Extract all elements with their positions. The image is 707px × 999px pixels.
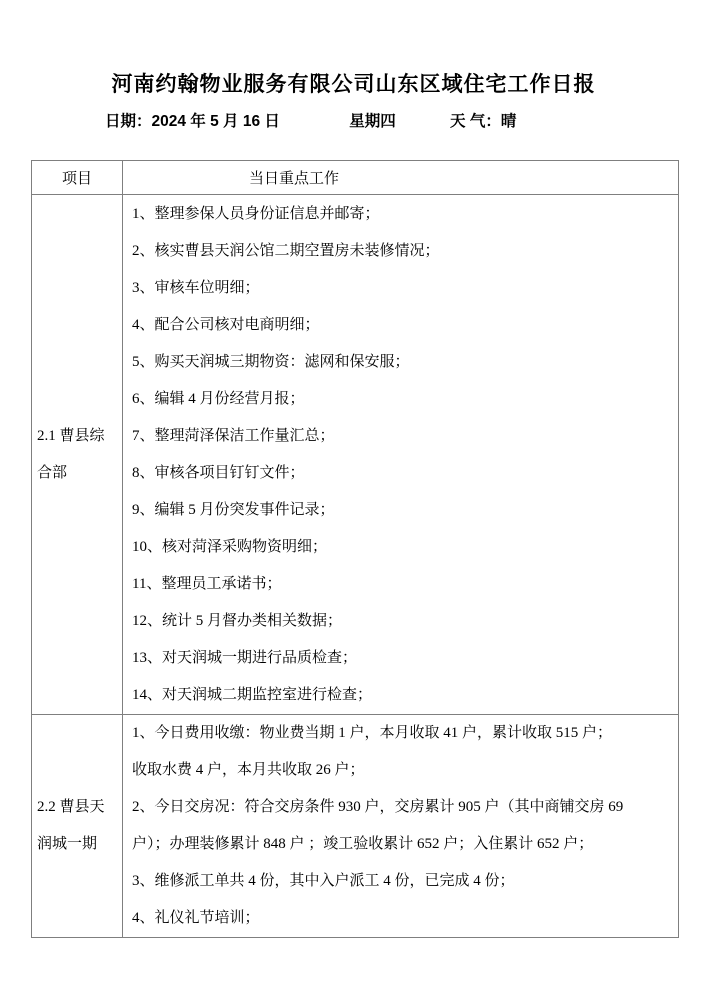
date-value: 日期：2024 年 5 月 16 日 <box>105 113 280 130</box>
task-line: 11、整理员工承诺书； <box>132 566 669 603</box>
task-line: 1、今日费用收缴：物业费当期 1 户，本月收取 41 户，累计收取 515 户； <box>132 715 669 752</box>
task-list: 1、今日费用收缴：物业费当期 1 户，本月收取 41 户，累计收取 515 户；… <box>123 715 679 938</box>
task-line: 1、整理参保人员身份证信息并邮寄； <box>132 196 669 233</box>
task-line: 6、编辑 4 月份经营月报； <box>132 381 669 418</box>
date-line: 日期：2024 年 5 月 16 日 星期四 天 气：晴 <box>105 109 516 131</box>
table-header-row: 项目 当日重点工作 <box>32 161 679 195</box>
daily-report-table: 项目 当日重点工作 2.1 曹县综合部 1、整理参保人员身份证信息并邮寄； 2、… <box>31 160 679 938</box>
project-label: 2.1 曹县综合部 <box>32 195 123 715</box>
document-page: 河南约翰物业服务有限公司山东区域住宅工作日报 日期：2024 年 5 月 16 … <box>0 0 707 999</box>
task-line: 户）；办理装修累计 848 户 ；竣工验收累计 652 户；入住累计 652 户… <box>132 826 669 863</box>
task-list: 1、整理参保人员身份证信息并邮寄； 2、核实曹县天润公馆二期空置房未装修情况； … <box>123 195 679 715</box>
task-line: 2、核实曹县天润公馆二期空置房未装修情况； <box>132 233 669 270</box>
task-line: 7、整理菏泽保洁工作量汇总； <box>132 418 669 455</box>
page-title: 河南约翰物业服务有限公司山东区域住宅工作日报 <box>0 68 707 98</box>
task-line: 收取水费 4 户，本月共收取 26 户； <box>132 752 669 789</box>
task-line: 5、购买天润城三期物资：滤网和保安服； <box>132 344 669 381</box>
task-line: 4、礼仪礼节培训； <box>132 900 669 937</box>
task-line: 14、对天润城二期监控室进行检查； <box>132 677 669 714</box>
header-project: 项目 <box>32 161 123 195</box>
table-row-caoxian-tianrun: 2.2 曹县天润城一期 1、今日费用收缴：物业费当期 1 户，本月收取 41 户… <box>32 715 679 938</box>
task-line: 8、审核各项目钉钉文件； <box>132 455 669 492</box>
task-line: 4、配合公司核对电商明细； <box>132 307 669 344</box>
task-line: 13、对天润城一期进行品质检查； <box>132 640 669 677</box>
task-line: 9、编辑 5 月份突发事件记录； <box>132 492 669 529</box>
weekday-value: 星期四 <box>349 109 396 131</box>
task-line: 12、统计 5 月督办类相关数据； <box>132 603 669 640</box>
table-row-caoxian-zonghebu: 2.1 曹县综合部 1、整理参保人员身份证信息并邮寄； 2、核实曹县天润公馆二期… <box>32 195 679 715</box>
header-tasks: 当日重点工作 <box>123 161 679 195</box>
task-line: 3、维修派工单共 4 份，其中入户派工 4 份，已完成 4 份； <box>132 863 669 900</box>
weather-value: 天 气：晴 <box>450 109 516 131</box>
project-label: 2.2 曹县天润城一期 <box>32 715 123 938</box>
task-line: 3、审核车位明细； <box>132 270 669 307</box>
task-line: 10、核对菏泽采购物资明细； <box>132 529 669 566</box>
task-line: 2、今日交房况：符合交房条件 930 户，交房累计 905 户（其中商铺交房 6… <box>132 789 669 826</box>
